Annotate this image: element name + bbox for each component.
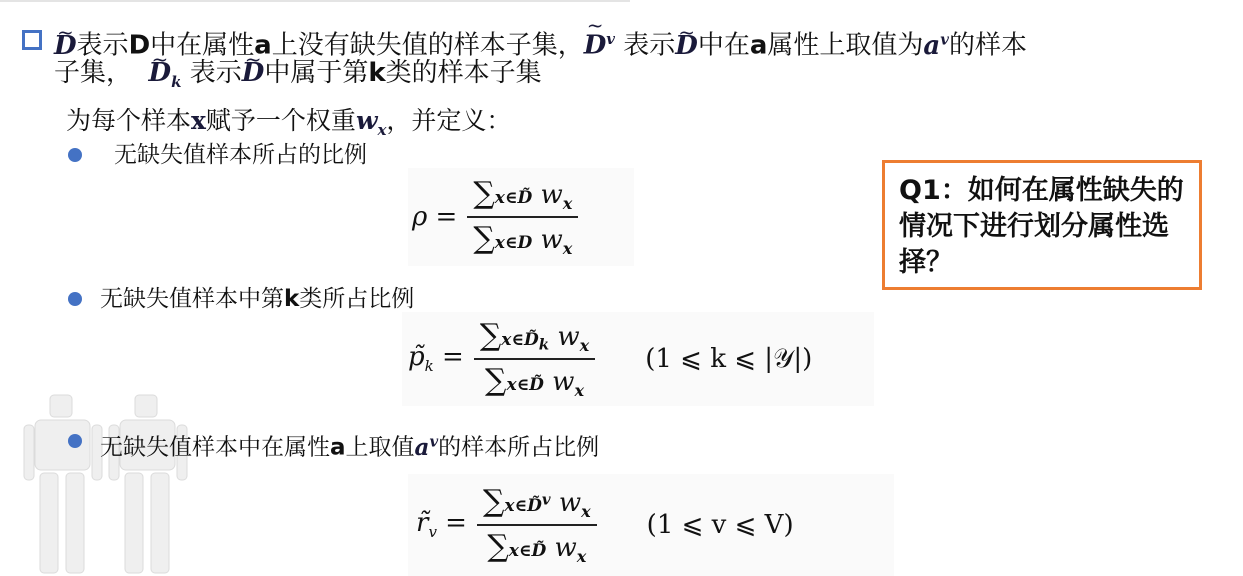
bullet-3-label: 无缺失值样本中在属性a上取值av的样本所占比例 [100,426,599,463]
text: 表示 [77,31,129,61]
sub-a: x∈D̃ [501,330,538,350]
fraction-bar [474,358,595,360]
sum-subscript: x∈D [495,233,532,253]
question-callout-box: Q1：如何在属性缺失的情况下进行划分属性选择？ [882,160,1202,290]
text: 中在 [698,31,750,61]
term: w [555,533,577,563]
sub-a: x∈D̃ [504,496,541,516]
formula-lhs: p̃k = [408,342,464,375]
sum-subscript: x∈D̃ [509,541,546,561]
sum-icon: ∑ [487,529,508,564]
equals: = [434,342,464,372]
denominator: ∑x∈D̃ wx [479,363,590,400]
fraction: ∑x∈D̃ wx ∑x∈D wx [467,176,578,258]
text: 无缺失值样本中在属性 [100,435,330,461]
text-bold: k [284,286,299,312]
weight-term: wx [559,488,591,518]
denominator: ∑x∈D wx [467,221,578,258]
math-d: D [584,31,607,61]
sum-subscript: x∈D̃ [495,188,532,208]
text: 类所占比例 [299,286,414,312]
math-sup: v [606,30,615,48]
question-label: Q1 [899,175,941,206]
sum-icon: ∑ [483,484,504,519]
math-d-tilde: D [675,31,698,61]
math-a: a [415,434,430,461]
bullet-dot-icon [68,292,82,306]
sum-icon: ∑ [485,363,506,398]
math-d-tilde-k: Dk [149,58,182,97]
math-sup: v [429,432,438,450]
text: 中属于第 [264,58,368,88]
formula-r-v: r̃v = ∑x∈D̃v wx ∑x∈D̃ wx (1 ⩽ v ⩽ V) [408,474,894,576]
text: 类的样本子集 [386,58,542,88]
text: 的样本 [949,31,1027,61]
text: 赋予一个权重 [206,106,356,135]
text: 表示 [615,31,675,61]
denominator: ∑x∈D̃ wx [481,529,592,566]
term-sub: x [577,547,587,566]
sub-sup: v [542,490,551,508]
bullet-dot-icon [68,148,82,162]
weight-term: wx [541,180,573,210]
equals: = [437,508,467,538]
lhs-sub: k [425,358,434,376]
bullet-1-label: 无缺失值样本所占的比例 [114,140,367,170]
math-a: a [923,31,940,61]
weight-term: wx [541,225,573,255]
fraction-bar [467,216,578,218]
formula-condition: (1 ⩽ k ⩽ |𝒴|) [645,344,812,375]
text: 的样本所占比例 [438,435,599,461]
numerator: ∑x∈D̃v wx [477,484,597,521]
formula-lhs: r̃v = [416,508,467,541]
text-bold: a [750,31,768,61]
fraction-bar [477,524,597,526]
text: 无缺失值样本所占的比例 [114,142,367,168]
lhs-sub: v [428,524,436,542]
text: 属性上取值为 [767,31,923,61]
term: w [557,322,579,352]
term-sub: x [563,194,573,213]
robot-watermark-icon [10,385,240,576]
intro-line-1: D表示D中在属性a上没有缺失值的样本子集，Dv 表示D中在a属性上取值为av的样… [54,24,1027,61]
fraction: ∑x∈D̃k wx ∑x∈D̃ wx [474,318,595,400]
term: w [552,367,574,397]
text-bold: k [368,58,385,88]
math-w: w [356,106,378,135]
term: w [541,225,563,255]
top-divider [0,0,630,2]
bullet-dot-icon [68,434,82,448]
formula-rho: ρ = ∑x∈D̃ wx ∑x∈D wx [408,168,634,266]
term-sub: x [574,381,584,400]
weight-term: wx [552,367,584,397]
weight-term: wx [555,533,587,563]
sum-icon: ∑ [473,221,494,256]
text: 无缺失值样本中第 [100,286,284,312]
text: 表示 [182,58,242,88]
math-a-v: av [415,434,439,461]
math-d-tilde: D [242,58,265,88]
math-sup: v [940,30,949,48]
sum-subscript: x∈D̃k [501,330,549,350]
numerator: ∑x∈D̃ wx [467,176,578,213]
question-text: ：如何在属性缺失的情况下进行划分属性选择？ [899,175,1184,278]
formula-lhs: ρ = [412,202,457,232]
fraction: ∑x∈D̃v wx ∑x∈D̃ wx [477,484,597,566]
lhs-symbol: r̃ [416,508,428,538]
sum-icon: ∑ [473,176,494,211]
sum-icon: ∑ [480,318,501,353]
math-x: x [191,106,206,135]
formula-p-k: p̃k = ∑x∈D̃k wx ∑x∈D̃ wx (1 ⩽ k ⩽ |𝒴|) [402,312,874,406]
math-d-tilde: D [54,31,77,61]
text-bold: D [129,31,151,61]
formula-condition: (1 ⩽ v ⩽ V) [647,510,794,540]
text: 上取值 [346,435,415,461]
intro-line-2: 子集， Dk 表示D中属于第k类的样本子集 [54,58,542,97]
square-bullet-icon [22,30,42,50]
text: ，并定义： [386,106,511,135]
term: w [559,488,581,518]
math-d-tilde-v: Dv [584,24,615,61]
term: w [541,180,563,210]
term-sub: x [581,502,591,521]
text: 子集， [54,58,132,88]
sum-subscript: x∈D̃v [504,496,550,516]
sub-b: k [539,335,549,353]
text: 为每个样本 [66,106,191,135]
term-sub: x [580,336,590,355]
math-w-x: wx [356,106,386,135]
weight-term: wx [557,322,589,352]
numerator: ∑x∈D̃k wx [474,318,595,355]
math-sub: k [171,73,181,91]
math-a-v: av [923,31,949,61]
text: 上没有缺失值的样本子集， [272,31,584,61]
sum-subscript: x∈D̃ [506,375,543,395]
bullet-2-label: 无缺失值样本中第k类所占比例 [100,284,414,314]
text-bold: a [330,435,346,461]
math-d: D [149,58,172,88]
lhs-symbol: p̃ [408,342,425,372]
term-sub: x [563,239,573,258]
